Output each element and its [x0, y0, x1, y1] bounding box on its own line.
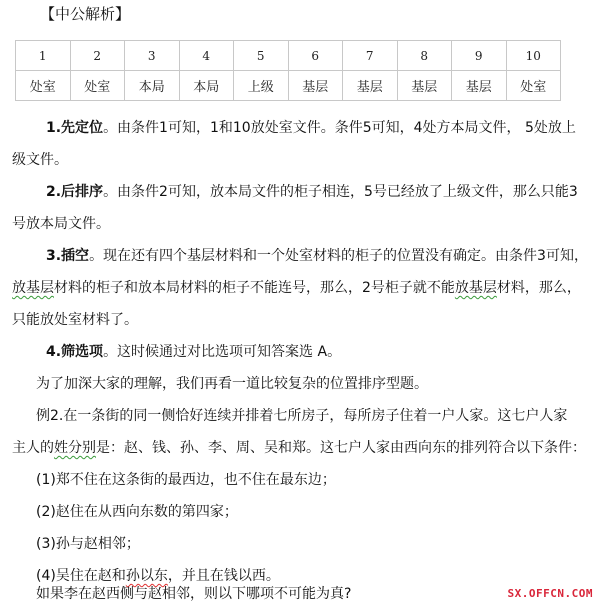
spellcheck-underlined-text: 放基层: [12, 280, 54, 296]
condition-1: (1)郑不住在这条街的最西边，也不住在最东边；: [12, 464, 601, 496]
cabinet-type-cell: 基层: [452, 71, 507, 101]
cabinet-type-cell: 处室: [506, 71, 561, 101]
step-4-label: 4.筛选项: [46, 344, 103, 360]
step-2-label: 2.后排序: [46, 184, 103, 200]
cabinet-type-cell: 基层: [397, 71, 452, 101]
step-3-label: 3.插空: [46, 248, 89, 264]
cabinet-number-cell: 4: [179, 41, 234, 71]
step-1-line-2: 级文件。: [12, 144, 592, 176]
condition-3: (3)孙与赵相邻；: [12, 528, 601, 560]
cabinet-type-row: 处室 处室 本局 本局 上级 基层 基层 基层 基层 处室: [16, 71, 561, 101]
cabinet-number-cell: 5: [234, 41, 289, 71]
cabinet-number-cell: 6: [288, 41, 343, 71]
step-3-text: 。现在还有四个基层材料和一个处室材料的柜子的位置没有确定。由条件3可知，: [89, 248, 588, 264]
site-watermark: SX.OFFCN.COM: [508, 587, 593, 600]
example-text: 是：赵、钱、孙、李、周、吴和郑。这七户人家由西向东的排列符合以下条件：: [96, 440, 586, 456]
step-3-text-2: 材料的柜子和放本局材料的柜子不能连号，那么，2号柜子就不能: [54, 280, 455, 296]
cabinet-type-cell: 处室: [70, 71, 125, 101]
cabinet-type-cell: 本局: [125, 71, 180, 101]
cabinet-number-cell: 8: [397, 41, 452, 71]
step-3-line-2: 放基层材料的柜子和放本局材料的柜子不能连号，那么，2号柜子就不能放基层材料，那么…: [12, 272, 592, 304]
cabinet-number-cell: 1: [16, 41, 71, 71]
cabinet-type-cell: 处室: [16, 71, 71, 101]
condition-2: (2)赵住在从西向东数的第四家；: [12, 496, 601, 528]
step-1-line-1: 1.先定位。由条件1可知，1和10放处室文件。条件5可知，4处方本局文件， 5处…: [12, 112, 601, 144]
intro-text: 为了加深大家的理解，我们再看一道比较复杂的位置排序型题。: [12, 368, 601, 400]
spellcheck-underlined-text: 放基层: [455, 280, 497, 296]
step-2-line-2: 号放本局文件。: [12, 208, 592, 240]
spellcheck-underlined-text: 姓分别: [54, 440, 96, 456]
example-line-1: 例2.在一条街的同一侧恰好连续并排着七所房子，每所房子住着一户人家。这七户人家: [12, 400, 601, 432]
step-2-text: 。由条件2可知，放本局文件的柜子相连，5号已经放了上级文件，那么只能3: [103, 184, 578, 200]
cabinet-table: 1 2 3 4 5 6 7 8 9 10 处室 处室 本局 本局 上级 基层 基…: [15, 40, 561, 101]
step-4-text: 。这时候通过对比选项可知答案选 A。: [103, 344, 341, 360]
cabinet-number-cell: 10: [506, 41, 561, 71]
cabinet-type-cell: 上级: [234, 71, 289, 101]
cabinet-number-row: 1 2 3 4 5 6 7 8 9 10: [16, 41, 561, 71]
cabinet-number-cell: 3: [125, 41, 180, 71]
example-text: 主人的: [12, 440, 54, 456]
step-1-text: 。由条件1可知，1和10放处室文件。条件5可知，4处方本局文件， 5处放上: [103, 120, 576, 136]
cabinet-number-cell: 7: [343, 41, 398, 71]
cabinet-type-cell: 基层: [343, 71, 398, 101]
step-3-line-3: 只能放处室材料了。: [12, 304, 592, 336]
cabinet-number-cell: 9: [452, 41, 507, 71]
step-4-line-1: 4.筛选项。这时候通过对比选项可知答案选 A。: [12, 336, 601, 368]
step-1-label: 1.先定位: [46, 120, 103, 136]
section-heading: 【中公解析】: [40, 4, 130, 24]
cabinet-type-cell: 基层: [288, 71, 343, 101]
example-line-2: 主人的姓分别是：赵、钱、孙、李、周、吴和郑。这七户人家由西向东的排列符合以下条件…: [12, 432, 592, 464]
cabinet-number-cell: 2: [70, 41, 125, 71]
step-3-text-3: 材料，那么，: [497, 280, 581, 296]
step-3-line-1: 3.插空。现在还有四个基层材料和一个处室材料的柜子的位置没有确定。由条件3可知，: [12, 240, 601, 272]
step-2-line-1: 2.后排序。由条件2可知，放本局文件的柜子相连，5号已经放了上级文件，那么只能3: [12, 176, 601, 208]
cabinet-type-cell: 本局: [179, 71, 234, 101]
